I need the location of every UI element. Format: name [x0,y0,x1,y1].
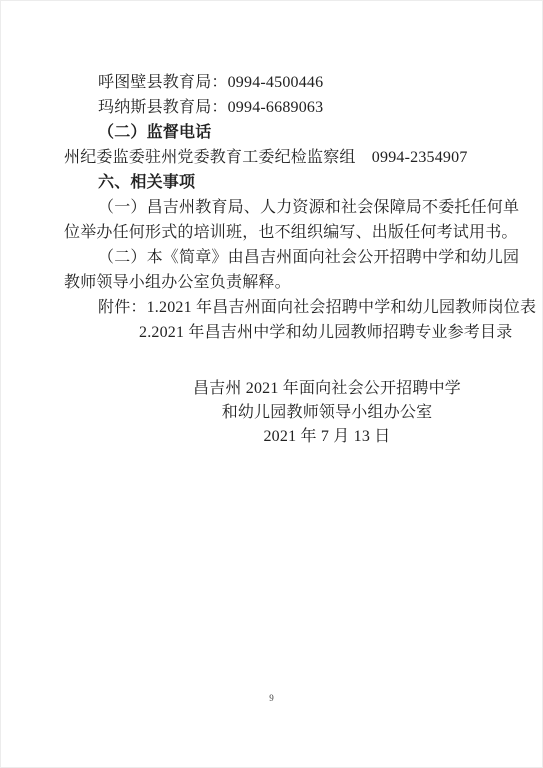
text-line-para2-b: 教师领导小组办公室负责解释。 [64,270,504,295]
document-body: 呼图壁县教育局：0994-4500446 玛纳斯县教育局：0994-668906… [1,1,542,449]
signature-date: 2021 年 7 月 13 日 [107,425,543,449]
text-line-phone-hutubi: 呼图壁县教育局：0994-4500446 [98,70,504,95]
section-heading-supervision-phone: （二）监督电话 [98,120,504,145]
text-line-phone-manasi: 玛纳斯县教育局：0994-6689063 [98,95,504,120]
text-line-para1-b: 位举办任何形式的培训班，也不组织编写、出版任何考试用书。 [64,220,504,245]
document-page: 呼图壁县教育局：0994-4500446 玛纳斯县教育局：0994-668906… [0,0,543,768]
text-line-discipline-phone: 州纪委监委驻州党委教育工委纪检监察组 0994-2354907 [64,145,504,170]
signature-org-line-1: 昌吉州 2021 年面向社会公开招聘中学 [107,377,543,401]
signature-block: 昌吉州 2021 年面向社会公开招聘中学 和幼儿园教师领导小组办公室 2021 … [107,377,543,449]
signature-org-line-2: 和幼儿园教师领导小组办公室 [107,401,543,425]
text-line-para2-a: （二）本《简章》由昌吉州面向社会公开招聘中学和幼儿园 [98,245,504,270]
text-line-attachment-2: 2.2021 年昌吉州中学和幼儿园教师招聘专业参考目录 [139,320,504,345]
page-number: 9 [1,693,542,703]
section-heading-related-matters: 六、相关事项 [98,170,504,195]
text-line-para1-a: （一）昌吉州教育局、人力资源和社会保障局不委托任何单 [98,195,504,220]
text-line-attachment-1: 附件：1.2021 年昌吉州面向社会招聘中学和幼儿园教师岗位表 [98,295,504,320]
